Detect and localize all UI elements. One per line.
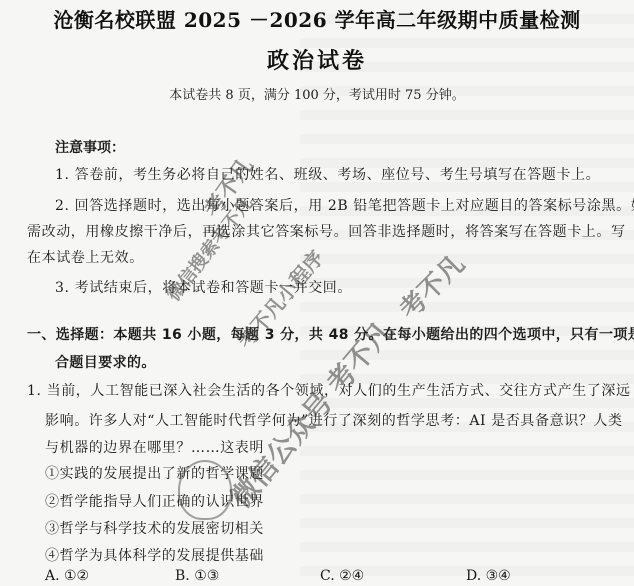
statement-3: ③哲学与科学技术的发展密切相关 bbox=[45, 518, 264, 538]
option-a: A. ①② bbox=[45, 568, 89, 584]
notice-line-2: 2. 回答选择题时，选出每小题答案后，用 2B 铅笔把答题卡上对应题目的答案标号… bbox=[55, 195, 634, 215]
statement-1: ①实践的发展提出了新的哲学课题 bbox=[45, 463, 264, 483]
exam-page: 沧衡名校联盟 2025 －2026 学年高二年级期中质量检测 政治试卷 本试卷共… bbox=[0, 0, 634, 586]
notice-line-3: 需改动，用橡皮擦干净后，再选涂其它答案标号。回答非选择题时，将答案写在答题卡上。… bbox=[27, 221, 626, 241]
notice-line-5: 3. 考试结束后，将本试卷和答题卡一并交回。 bbox=[55, 277, 352, 297]
statement-4: ④哲学为具体科学的发展提供基础 bbox=[45, 545, 264, 565]
exam-meta: 本试卷共 8 页，满分 100 分，考试用时 75 分钟。 bbox=[0, 84, 634, 103]
notice-heading: 注意事项： bbox=[55, 137, 125, 157]
question-1-stem-1: 1. 当前，人工智能已深入社会生活的各个领域，对人们的生产生活方式、交往方式产生… bbox=[27, 380, 631, 400]
question-1-stem-2: 影响。许多人对“人工智能时代哲学何为”进行了深刻的哲学思考：AI 是否具备意识？… bbox=[45, 410, 623, 430]
option-d: D. ③④ bbox=[466, 568, 511, 584]
section-heading-line-2: 合题目要求的。 bbox=[55, 352, 156, 372]
notice-line-4: 在本试卷上无效。 bbox=[27, 247, 144, 267]
option-b: B. ①③ bbox=[175, 568, 219, 584]
question-1-stem-3: 与机器的边界在哪里？……这表明 bbox=[45, 437, 264, 457]
option-c: C. ②④ bbox=[320, 568, 364, 584]
notice-line-1: 1. 答卷前，考生务必将自己的姓名、班级、考场、座位号、考生号填写在答题卡上。 bbox=[55, 164, 600, 184]
watermark-stamp-icon bbox=[178, 460, 232, 520]
exam-title: 沧衡名校联盟 2025 －2026 学年高二年级期中质量检测 bbox=[0, 4, 634, 33]
section-heading-line-1: 一、选择题：本题共 16 小题，每题 3 分，共 48 分。在每小题给出的四个选… bbox=[27, 324, 634, 344]
subject-title: 政治试卷 bbox=[0, 44, 634, 75]
